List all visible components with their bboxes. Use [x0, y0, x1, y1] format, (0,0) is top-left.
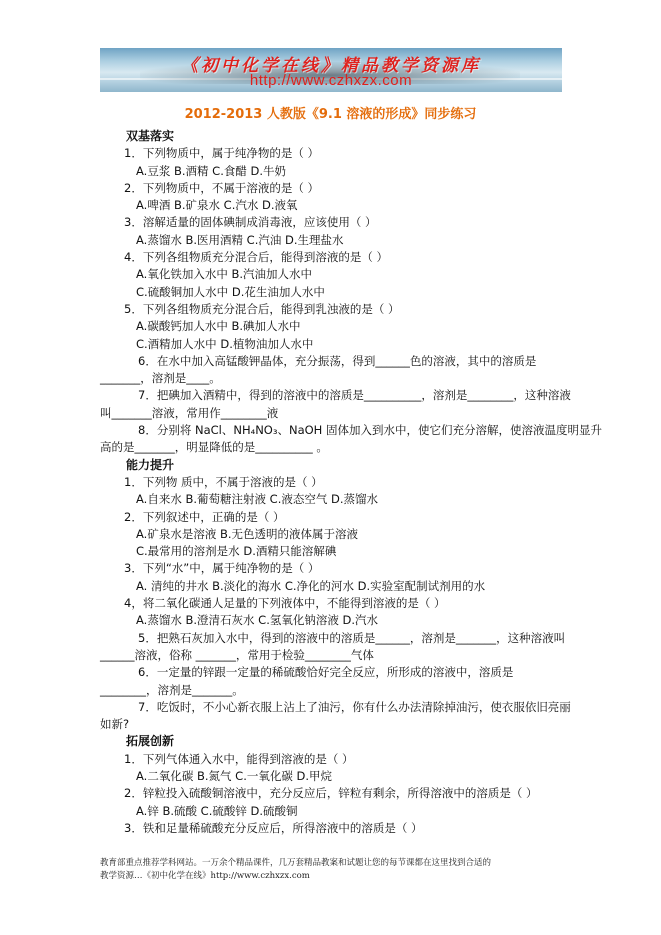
section-heading: 拓展创新 — [100, 733, 564, 750]
footer-line: 教学资源…《初中化学在线》http://www.czhxzx.com — [100, 870, 570, 883]
question-continuation: 叫_______溶液，常用作________液 — [100, 405, 564, 422]
question-continuation: _______，溶剂是____。 — [100, 370, 564, 387]
question-continuation: 如新? — [100, 716, 564, 733]
question: 7．吃饭时，不小心新衣服上沾上了油污，你有什么办法清除掉油污，使衣服依旧亮丽 — [100, 699, 564, 716]
question-options: A.蒸馏水 B.医用酒精 C.汽油 D.生理盐水 — [100, 232, 564, 249]
question-options: C.硫酸铜加人水中 D.花生油加人水中 — [100, 284, 564, 301]
document-title: 2012-2013 人教版《9.1 溶液的形成》同步练习 — [0, 103, 661, 122]
header-banner: 《初中化学在线》精品教学资源库 http://www.czhxzx.com — [100, 48, 562, 92]
footer-line: 教育部重点推荐学科网站。一万余个精品课件，几万套精品教案和试题让您的每节课都在这… — [100, 857, 570, 870]
question: 1．下列气体通入水中，能得到溶液的是（ ） — [100, 751, 564, 768]
question-options: A.自来水 B.葡萄糖注射液 C.液态空气 D.蒸馏水 — [100, 491, 564, 508]
question-options: A.矿泉水是溶液 B.无色透明的液体属于溶液 — [100, 526, 564, 543]
question-options: C.酒精加人水中 D.植物油加人水中 — [100, 336, 564, 353]
question-continuation: ______溶液，俗称 _______，常用于检验________气体 — [100, 647, 564, 664]
question: 2．下列物质中，不属于溶液的是（ ） — [100, 180, 564, 197]
question-options: A.碳酸钙加人水中 B.碘加人水中 — [100, 318, 564, 335]
question: 3．下列“水”中，属于纯净物的是（ ） — [100, 560, 564, 577]
section-heading: 双基落实 — [100, 128, 564, 145]
question: 6．一定量的锌跟一定量的稀硫酸恰好完全反应，所形成的溶液中，溶质是 — [100, 664, 564, 681]
question: 1．下列物 质中，不属于溶液的是（ ） — [100, 474, 564, 491]
question-continuation: 高的是_______，明显降低的是__________ 。 — [100, 439, 564, 456]
question: 5．把熟石灰加入水中，得到的溶液中的溶质是______，溶剂是_______，这… — [100, 630, 564, 647]
question: 6．在水中加入高锰酸钾晶体，充分振荡，得到______色的溶液，其中的溶质是 — [100, 353, 564, 370]
question-options: A.豆浆 B.酒精 C.食醋 D.牛奶 — [100, 163, 564, 180]
question: 2．锌粒投入硫酸铜溶液中，充分反应后，锌粒有剩余，所得溶液中的溶质是（ ） — [100, 785, 564, 802]
question: 4，将二氧化碳通人足量的下列液体中，不能得到溶液的是（ ） — [100, 595, 564, 612]
question: 2．下列叙述中，正确的是（ ） — [100, 509, 564, 526]
question: 8．分别将 NaCl、NH₄NO₃、NaOH 固体加入到水中，使它们充分溶解，使… — [100, 422, 564, 439]
question-continuation: ________，溶剂是_______。 — [100, 682, 564, 699]
question-options: A.啤酒 B.矿泉水 C.汽水 D.液氧 — [100, 197, 564, 214]
question: 7．把碘加入酒精中，得到的溶液中的溶质是__________，溶剂是______… — [100, 387, 564, 404]
question: 3．铁和足量稀硫酸充分反应后，所得溶液中的溶质是（ ） — [100, 820, 564, 837]
section-heading: 能力提升 — [100, 457, 564, 474]
question: 1．下列物质中，属于纯净物的是（ ） — [100, 145, 564, 162]
question: 4．下列各组物质充分混合后，能得到溶液的是（ ） — [100, 249, 564, 266]
question-options: C.最常用的溶剂是水 D.酒精只能溶解碘 — [100, 543, 564, 560]
document-body: 双基落实 1．下列物质中，属于纯净物的是（ ） A.豆浆 B.酒精 C.食醋 D… — [100, 128, 564, 837]
question: 3．溶解适量的固体碘制成消毒液，应该使用（ ） — [100, 214, 564, 231]
question-options: A.氧化铁加入水中 B.汽油加人水中 — [100, 266, 564, 283]
question-options: A.蒸馏水 B.澄清石灰水 C.氢氧化钠溶液 D.汽水 — [100, 612, 564, 629]
page-footer: 教育部重点推荐学科网站。一万余个精品课件，几万套精品教案和试题让您的每节课都在这… — [100, 857, 570, 883]
question-options: A.锌 B.硫酸 C.硫酸锌 D.硫酸铜 — [100, 803, 564, 820]
banner-url: http://www.czhxzx.com — [100, 72, 562, 89]
question-options: A.二氧化碳 B.氮气 C.一氧化碳 D.甲烷 — [100, 768, 564, 785]
question: 5．下列各组物质充分混合后，能得到乳浊液的是（ ） — [100, 301, 564, 318]
question-options: A. 清纯的井水 B.淡化的海水 C.净化的河水 D.实验室配制试剂用的水 — [100, 578, 564, 595]
